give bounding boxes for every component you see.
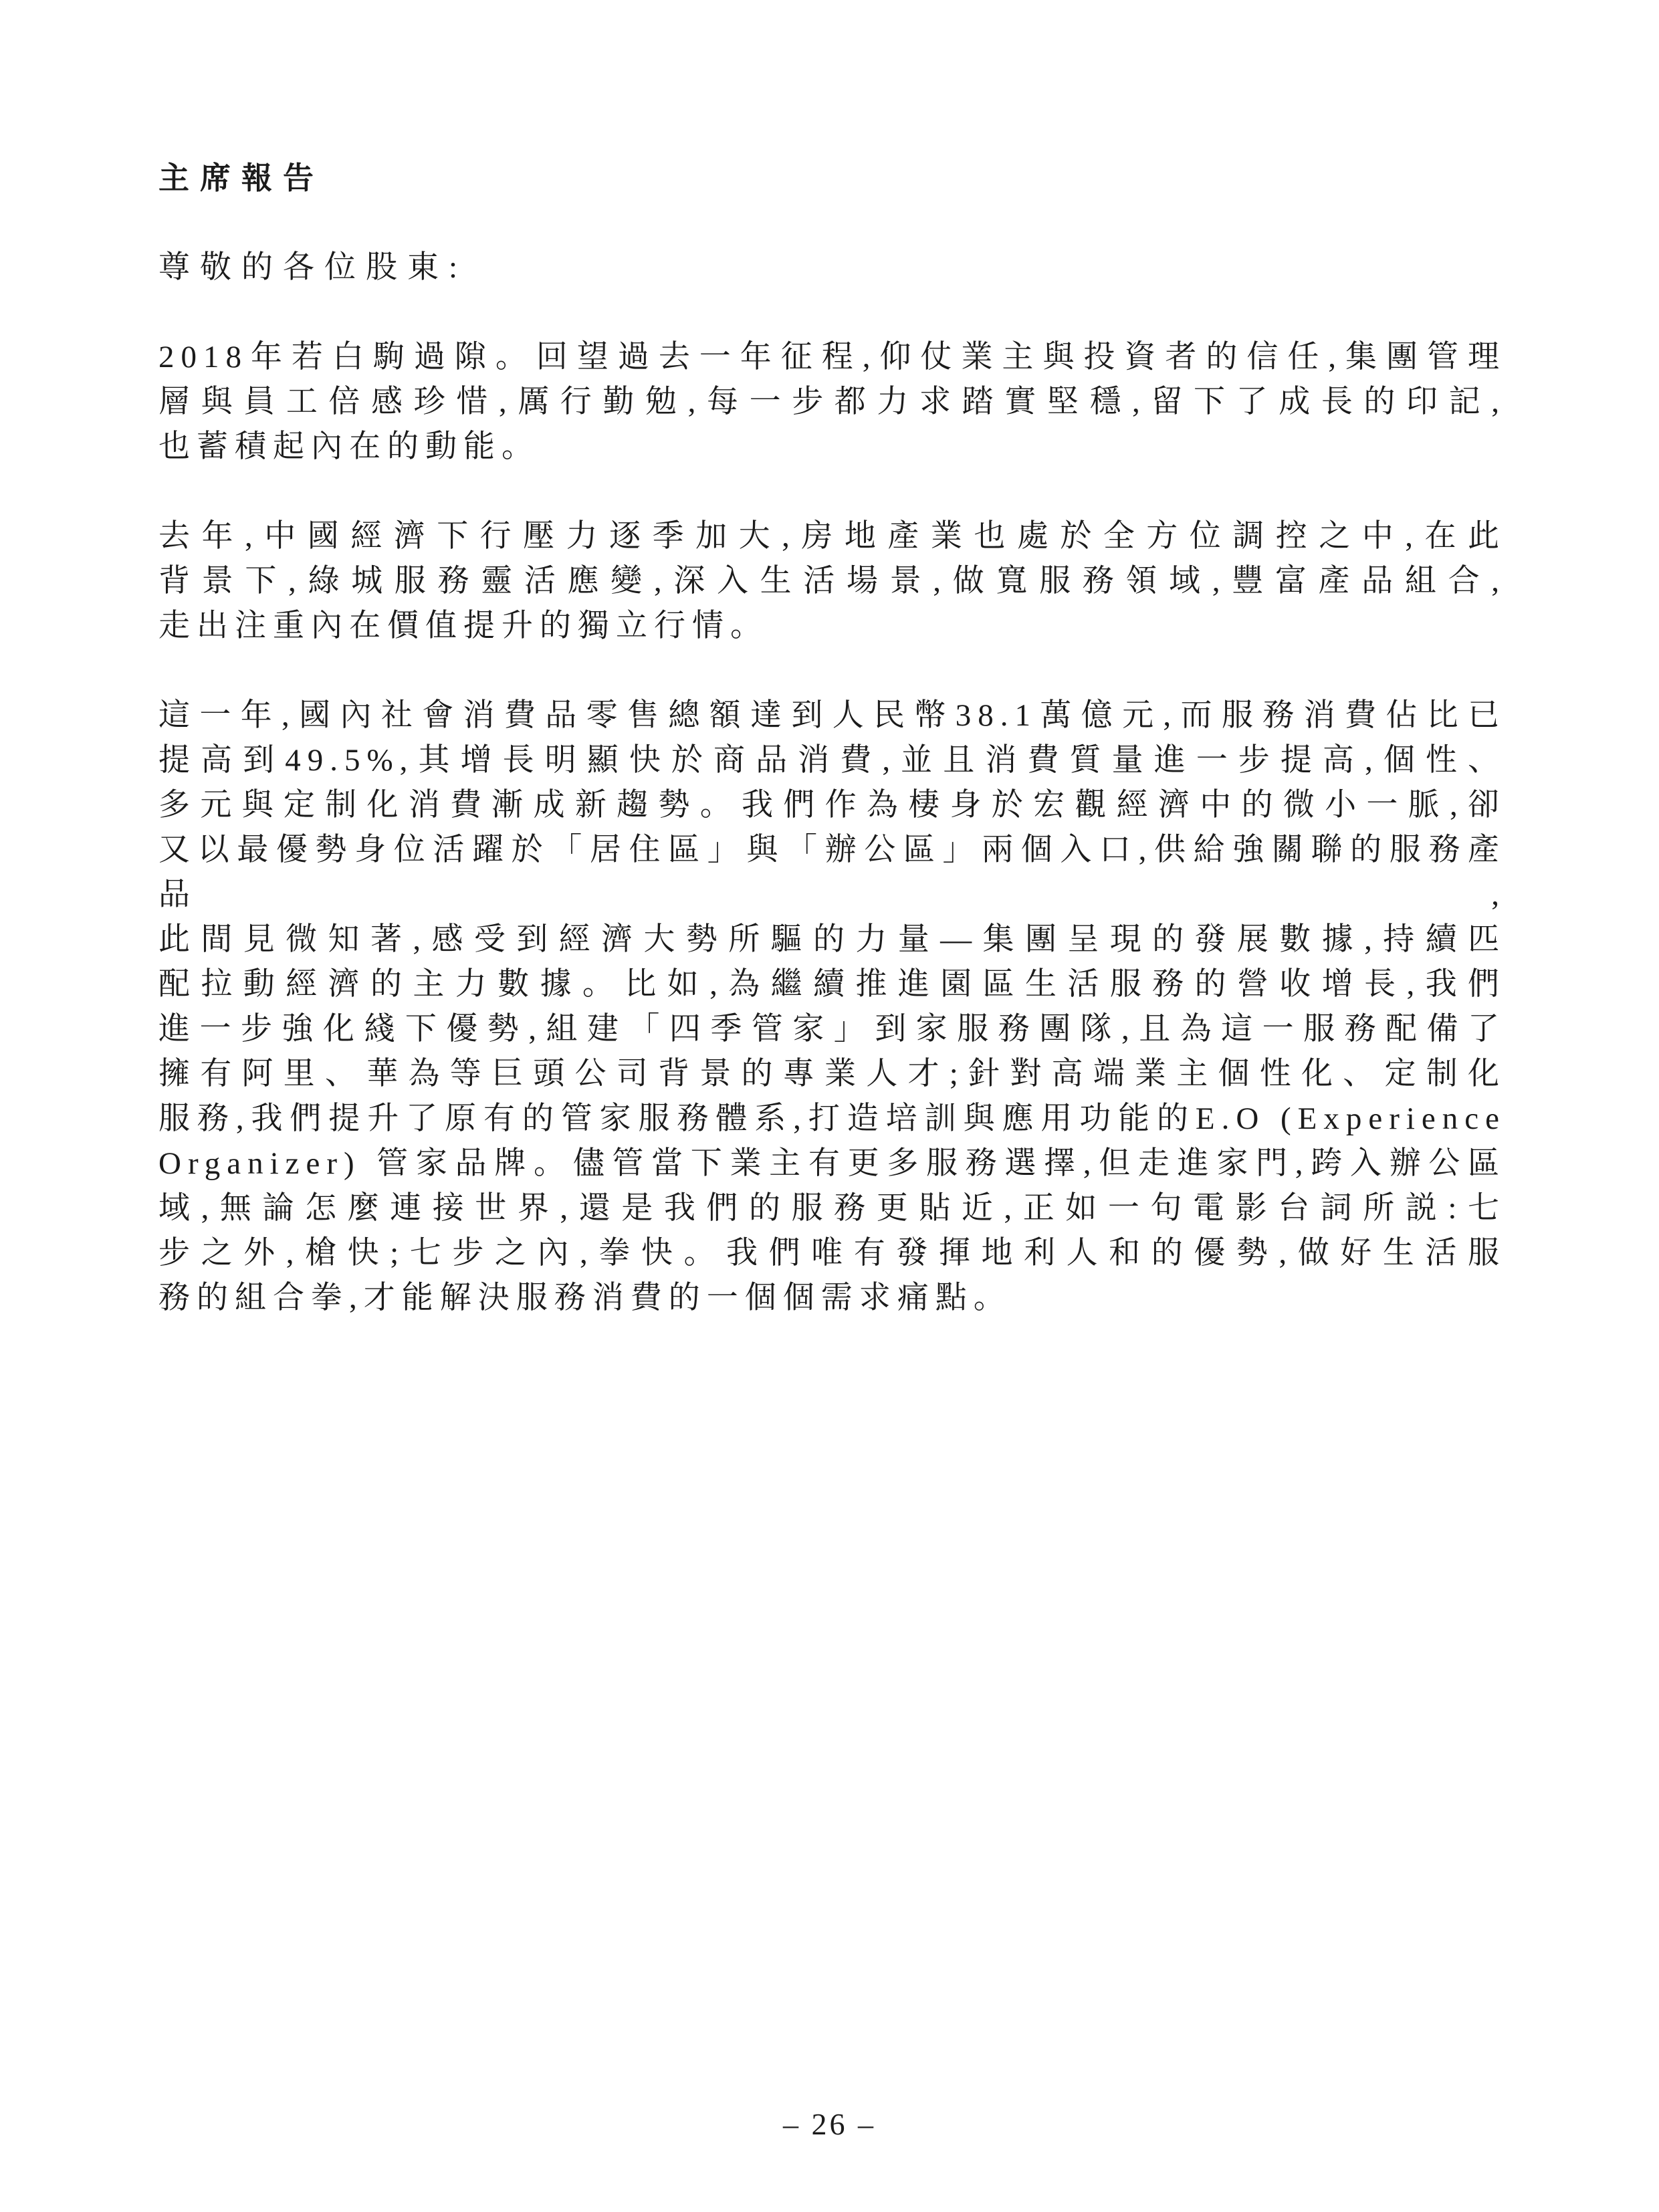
paragraph-2: 去年,中國經濟下行壓力逐季加大,房地產業也處於全方位調控之中,在此 背景下,綠城… — [158, 514, 1506, 649]
paragraph-line: 服務,我們提升了原有的管家服務體系,打造培訓與應用功能的E.O (Experie… — [158, 1097, 1506, 1141]
paragraph-line: 多元與定制化消費漸成新趨勢。我們作為棲身於宏觀經濟中的微小一脈,卻 — [158, 783, 1506, 828]
paragraph-line: 2018年若白駒過隙。回望過去一年征程,仰仗業主與投資者的信任,集團管理 — [158, 335, 1506, 380]
paragraph-line: Organizer) 管家品牌。儘管當下業主有更多服務選擇,但走進家門,跨入辦公… — [158, 1141, 1506, 1186]
paragraph-line: 務的組合拳,才能解決服務消費的一個個需求痛點。 — [158, 1276, 1506, 1321]
paragraph-3: 這一年,國內社會消費品零售總額達到人民幣38.1萬億元,而服務消費佔比已 提高到… — [158, 693, 1506, 1321]
paragraph-line: 這一年,國內社會消費品零售總額達到人民幣38.1萬億元,而服務消費佔比已 — [158, 693, 1506, 738]
report-page: 主席報告 尊敬的各位股東: 2018年若白駒過隙。回望過去一年征程,仰仗業主與投… — [0, 0, 1659, 2212]
paragraph-line: 去年,中國經濟下行壓力逐季加大,房地產業也處於全方位調控之中,在此 — [158, 514, 1506, 559]
paragraph-1: 2018年若白駒過隙。回望過去一年征程,仰仗業主與投資者的信任,集團管理 層與員… — [158, 335, 1506, 469]
page-number: – 26 – — [0, 2104, 1659, 2144]
paragraph-line: 此間見微知著,感受到經濟大勢所驅的力量—集團呈現的發展數據,持續匹 — [158, 917, 1506, 962]
paragraph-line: 進一步強化綫下優勢,組建「四季管家」到家服務團隊,且為這一服務配備了 — [158, 1007, 1506, 1052]
paragraph-line: 走出注重內在價值提升的獨立行情。 — [158, 604, 1506, 649]
paragraph-line: 配拉動經濟的主力數據。比如,為繼續推進園區生活服務的營收增長,我們 — [158, 962, 1506, 1007]
paragraph-line: 域,無論怎麼連接世界,還是我們的服務更貼近,正如一句電影台詞所説:七 — [158, 1186, 1506, 1231]
salutation: 尊敬的各位股東: — [158, 245, 1506, 290]
paragraph-line: 背景下,綠城服務靈活應變,深入生活場景,做寬服務領域,豐富產品組合, — [158, 559, 1506, 604]
paragraph-line: 步之外,槍快;七步之內,拳快。我們唯有發揮地利人和的優勢,做好生活服 — [158, 1231, 1506, 1276]
paragraph-line: 提高到49.5%,其增長明顯快於商品消費,並且消費質量進一步提高,個性、 — [158, 738, 1506, 783]
page-title: 主席報告 — [158, 156, 1506, 201]
paragraph-line: 層與員工倍感珍惜,厲行勤勉,每一步都力求踏實堅穩,留下了成長的印記, — [158, 380, 1506, 425]
report-content: 主席報告 尊敬的各位股東: 2018年若白駒過隙。回望過去一年征程,仰仗業主與投… — [158, 0, 1506, 1321]
paragraph-line: 又以最優勢身位活躍於「居住區」與「辦公區」兩個入口,供給強關聯的服務產品, — [158, 828, 1506, 917]
paragraph-line: 也蓄積起內在的動能。 — [158, 425, 1506, 469]
paragraph-line: 擁有阿里、華為等巨頭公司背景的專業人才;針對高端業主個性化、定制化 — [158, 1052, 1506, 1097]
